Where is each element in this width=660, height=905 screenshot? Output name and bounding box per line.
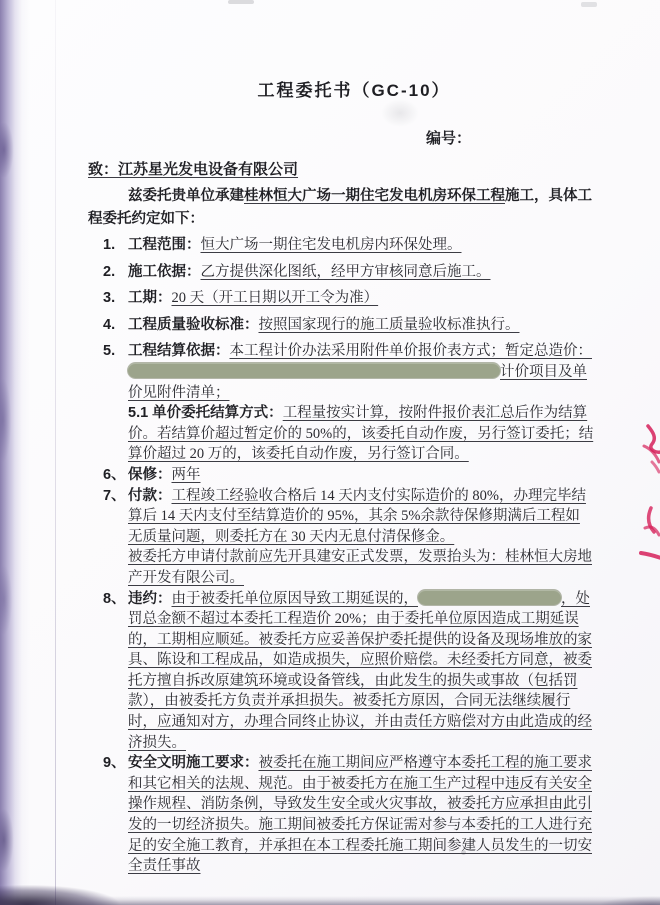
item-number: 5. [103,341,115,362]
item-number: 7、 [103,486,126,507]
text-segment: ，处罚总金额不超过本委托工程造价 20%；由于委托单位原因造成工期延误的，工期相… [128,591,592,751]
intro-paragraph: 兹委托贵单位承建桂林恒大广场一期住宅发电机房环保工程施工，具体工程委托约定如下： [88,185,594,230]
item-label: 5.1 单价委托结算方式： [128,405,283,421]
doc-items: 1.工程范围：恒大广场一期住宅发电机房内环保处理。2.施工依据：乙方提供深化图纸… [88,235,594,877]
scanned-document-page: 工程委托书（GC-10） 编号： 致：江苏星光发电设备有限公司 兹委托贵单位承建… [0,0,660,905]
item-3-duration: 3.工期：20 天（开工日期以开工令为准） [88,288,594,309]
item-number: 8、 [103,589,126,610]
item-number: 3. [103,288,115,309]
item-number: 1. [103,235,115,256]
paper-fold-line [55,0,56,905]
item-number: 6、 [103,465,126,486]
text-segment: 两年 [172,467,201,483]
item-label: 工程范围： [128,237,201,253]
scan-corner-shadow-bottom-left [0,875,150,905]
item-7-payment: 7、付款：工程竣工经验收合格后 14 天内支付实际造价的 80%，办理完毕结算后… [88,486,594,589]
item-number: 9、 [103,753,126,774]
text-segment: 由于被委托单位原因导致工期延误的， [172,591,419,607]
item-9-safety: 9、安全文明施工要求：被委托在施工期间应严格遵守本委托工程的施工要求和其它相关的… [88,753,594,877]
redaction-bar [418,590,561,605]
item-5-settlement: 5.工程结算依据：本工程计价办法采用附件单价报价表方式；暂定总造价：计价项目及单… [88,341,594,403]
text-segment: 乙方提供深化图纸，经甲方审核同意后施工。 [201,264,491,280]
document-title: 工程委托书（GC-10） [88,76,594,101]
item-number: 2. [103,262,115,283]
text-segment: 20 天（开工日期以开工令为准） [172,290,379,306]
item-number: 4. [103,315,115,336]
scan-speck [581,2,597,7]
text-segment: 桂林恒大广场一期住宅发电机房环保工程 [244,188,505,204]
addressee-line: 致：江苏星光发电设备有限公司 [88,159,594,180]
scan-corner-shadow-bottom-right [580,891,660,905]
redaction-bar [128,363,500,378]
document-number-label: 编号： [426,127,594,148]
text-segment: 恒大广场一期住宅发电机房内环保处理。 [201,237,462,253]
item-label: 付款： [128,488,172,504]
document-content: 工程委托书（GC-10） 编号： 致：江苏星光发电设备有限公司 兹委托贵单位承建… [88,76,594,877]
item-label: 工期： [128,290,172,306]
text-segment: 工程竣工经验收合格后 14 天内支付实际造价的 80%，办理完毕结算后 14 天… [128,488,586,545]
addressee-text: 致：江苏星光发电设备有限公司 [88,161,298,178]
scan-speck [228,0,254,4]
text-segment: 按照国家现行的施工质量验收标准执行。 [259,317,520,333]
item-5-1-unit-price: 5.1 单价委托结算方式：工程量按实计算，按附件报价表汇总后作为结算价。若结算价… [88,403,594,465]
item-label: 工程质量验收标准： [128,317,259,333]
scan-edge-shadow-bottom [0,896,660,905]
text-segment: 被委托在施工期间应严格遵守本委托工程的施工要求和其它相关的法规、规范。由于被委托… [128,755,592,874]
item-6-warranty: 6、保修：两年 [88,465,594,486]
item-4-quality: 4.工程质量验收标准：按照国家现行的施工质量验收标准执行。 [88,315,594,336]
item-label: 施工依据： [128,264,201,280]
text-segment: 兹委托贵单位承建 [128,188,244,204]
text-segment: 被委托方申请付款前应先开具建安正式发票，发票抬头为：桂林恒大房地产开发有限公司。 [128,549,592,586]
item-label: 工程结算依据： [128,343,230,359]
text-segment: 本工程计价办法采用附件单价报价表方式；暂定总造价： [230,343,593,359]
item-8-breach: 8、违约：由于被委托单位原因导致工期延误的，，处罚总金额不超过本委托工程造价 2… [88,589,594,754]
item-1-scope: 1.工程范围：恒大广场一期住宅发电机房内环保处理。 [88,235,594,256]
scan-edge-shadow-left [0,0,30,905]
item-label: 违约： [128,591,172,607]
item-2-basis: 2.施工依据：乙方提供深化图纸，经甲方审核同意后施工。 [88,262,594,283]
item-label: 保修： [128,467,172,483]
item-label: 安全文明施工要求： [128,755,259,771]
